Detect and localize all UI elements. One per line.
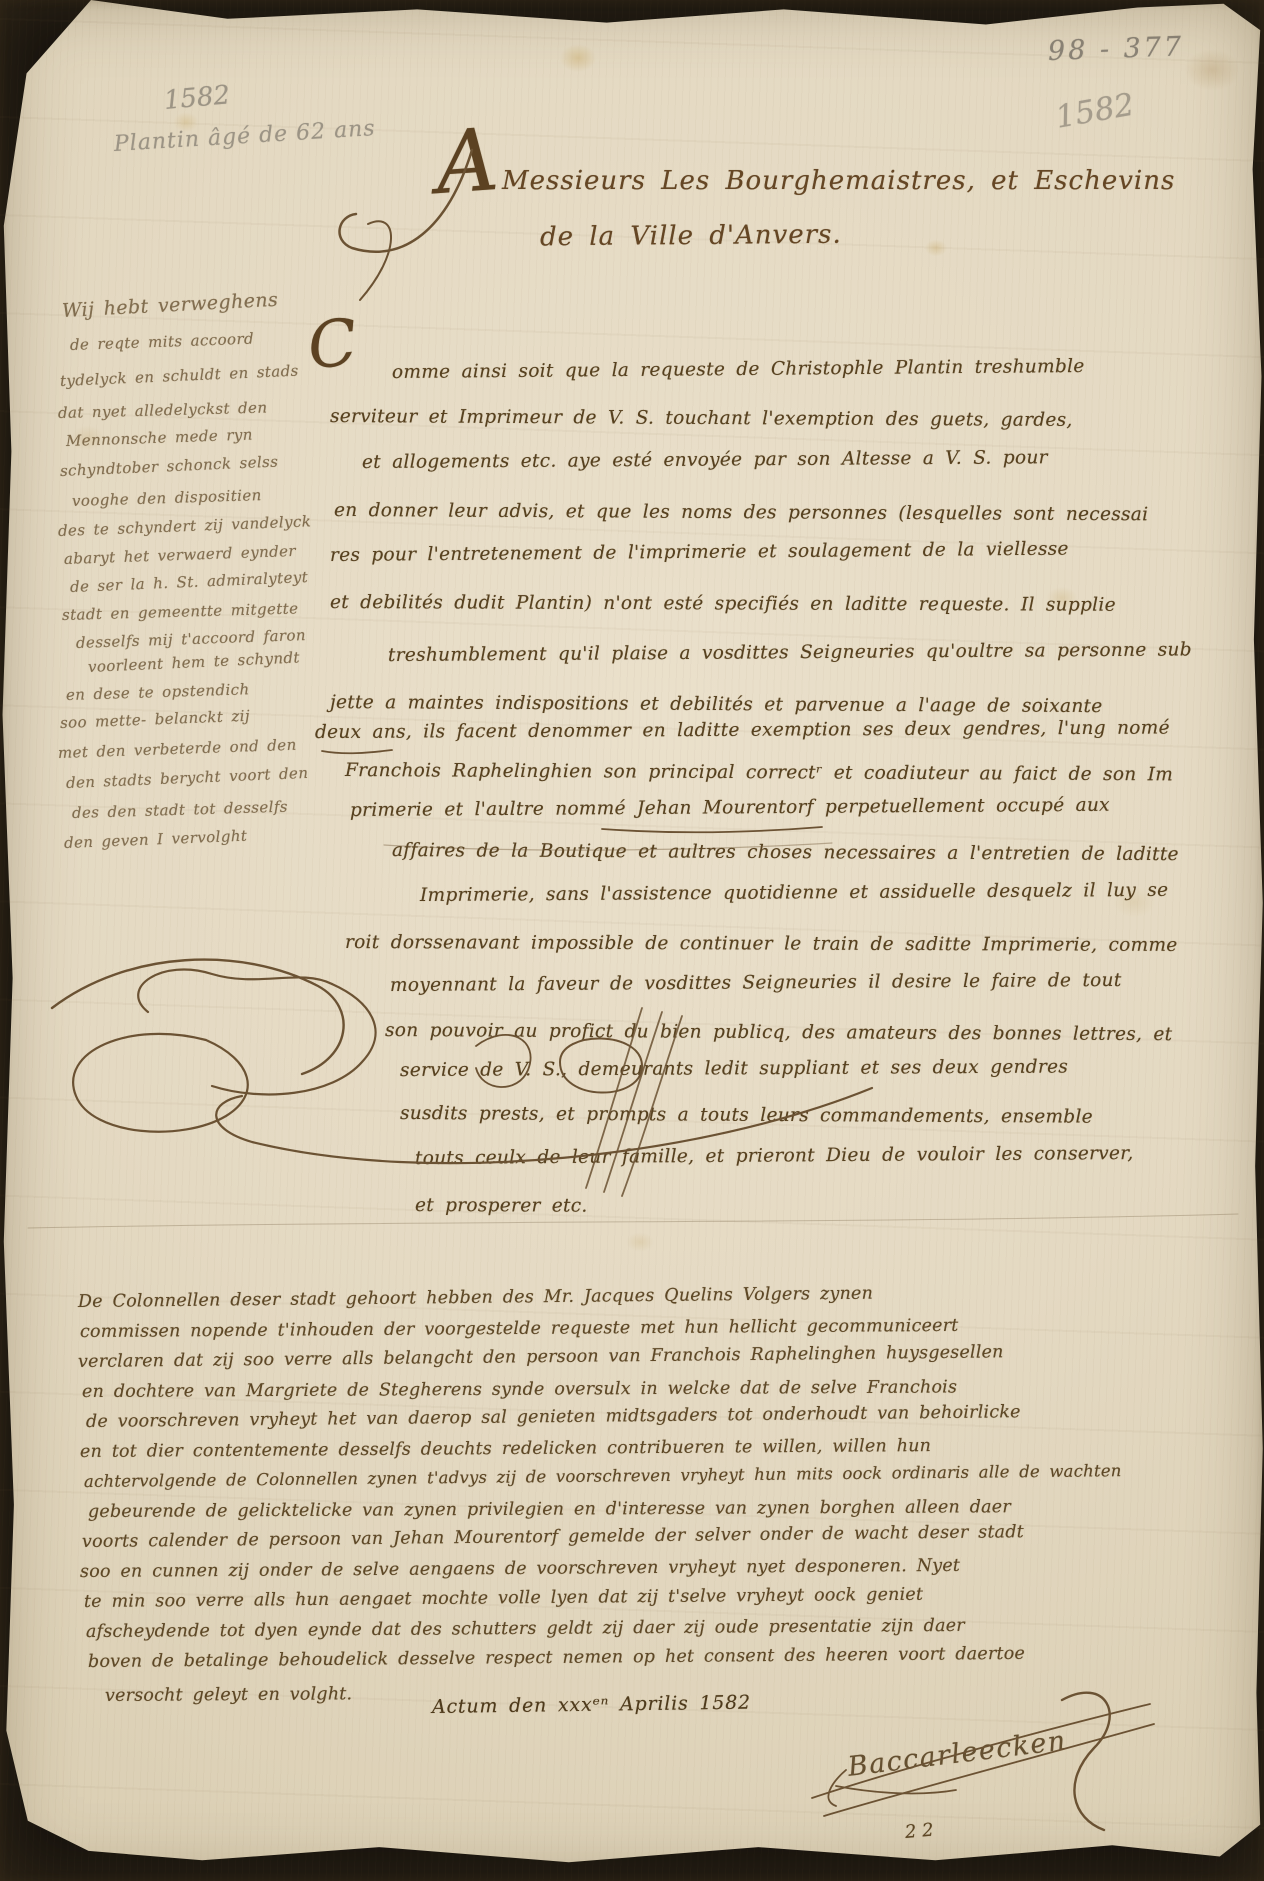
manuscript-line: susdits prests, et prompts a touts leurs… <box>400 1103 1093 1128</box>
pencil-year-left: 1582 <box>163 80 232 116</box>
letter-heading-line1: Messieurs Les Bourghemaistres, et Eschev… <box>502 166 1175 196</box>
dateline: Actum den xxxᵉⁿ Aprilis 1582 <box>432 1692 751 1718</box>
manuscript-line: deux ans, ils facent denommer en laditte… <box>315 718 1170 743</box>
manuscript-line: versocht geleyt en volght. <box>105 1684 352 1706</box>
manuscript-line: jette a maintes indispositions et debili… <box>330 692 1103 717</box>
petition-initial: C <box>304 306 360 385</box>
manuscript-line: serviteur et Imprimeur de V. S. touchant… <box>330 406 1073 431</box>
manuscript-line: et prosperer etc. <box>415 1195 588 1217</box>
signature-marks: 2 2 <box>904 1820 934 1843</box>
letter-heading-line2: de la Ville d'Anvers. <box>540 220 842 253</box>
manuscript-line: roit dorssenavant impossible de continue… <box>345 932 1178 956</box>
manuscript-line: et debilités dudit Plantin) n'ont esté s… <box>330 592 1116 616</box>
manuscript-scan: 98 - 377 1582 1582 Plantin âgé de 62 ans… <box>0 0 1264 1881</box>
heading-initial: A <box>433 110 502 214</box>
manuscript-line: Franchois Raphelinghien son principal co… <box>345 760 1173 785</box>
manuscript-line: en donner leur advis, et que les noms de… <box>334 500 1148 525</box>
archival-number: 98 - 377 <box>1047 31 1184 67</box>
manuscript-line: son pouvoir au profict du bien publicq, … <box>385 1020 1173 1045</box>
manuscript-line: affaires de la Boutique et aultres chose… <box>392 840 1179 865</box>
manuscript-line: service de V. S., demeurants ledit suppl… <box>400 1057 1068 1081</box>
